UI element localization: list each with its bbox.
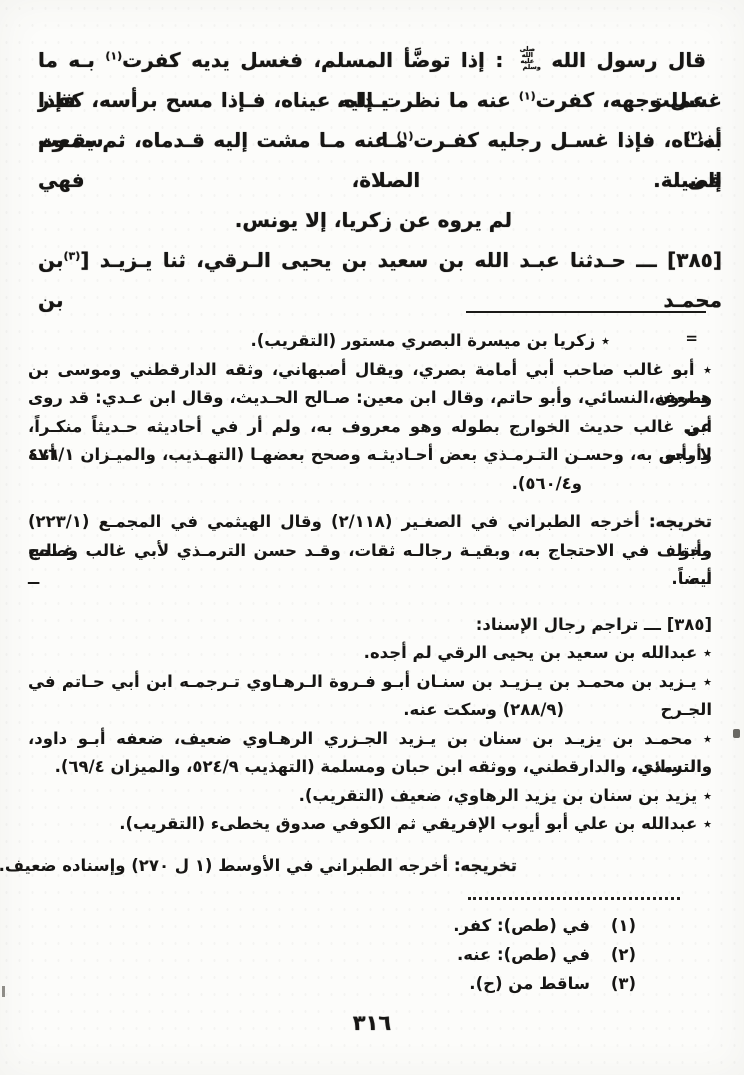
- footnote-ref-marker: (١): [519, 89, 536, 102]
- footnote-ref-marker: (٣): [64, 249, 81, 262]
- narrator-entry-continuation: لا بأس به، وحسـن التـرمـذي بعض أحـاديثـه…: [28, 441, 712, 470]
- narrator-entry-continuation: (٢٨٨/٩) وسكت عنه.: [28, 696, 712, 725]
- text-segment: أخرجه الطبراني في الأوسط (١ ل ٢٧٠) وإسنا…: [0, 856, 448, 875]
- text-segment: مختلف في الاحتجاج به، وبقيـة رجالـه ثقات…: [28, 541, 712, 589]
- text-segment: قال رسول الله: [541, 48, 706, 72]
- takhrij-line: تخريجه: أخرجه الطبراني في الأوسط (١ ل ٢٧…: [28, 852, 712, 881]
- text-segment: تخريجه:: [448, 856, 517, 875]
- isnad-line-385: [٣٨٥] ـــ حـدثنا عبـد الله بن سعيد بن يح…: [38, 240, 722, 280]
- takhrij-line: مختلف في الاحتجاج به، وبقيـة رجالـه ثقات…: [28, 537, 712, 566]
- narrator-entry: ٭ يزيد بن سنان بن يزيد الرهاوي، ضعيف (ال…: [28, 782, 712, 811]
- apparatus-dotted-line: [468, 897, 680, 900]
- matn-line: غسل وجهه، كفرت(١) عنه ما نظرت إليه عيناه…: [38, 80, 722, 120]
- narrator-entry: ٭ زكريا بن ميسرة البصري مستور (التقريب).: [28, 327, 712, 356]
- saw-honorific-symbol: صلى الله عليه وسلم: [514, 46, 541, 70]
- text-segment: غسل وجهه، كفرت: [536, 88, 722, 112]
- note-text: ساقط من (ح).: [469, 969, 590, 998]
- text-segment: [٣٨٥] ـــ حـدثنا عبـد الله بن سعيد بن يح…: [80, 248, 722, 272]
- note-text: في (طص): كفر.: [453, 911, 590, 940]
- footnote-ref-marker: (١): [105, 49, 122, 62]
- scan-artifact: [2, 986, 5, 997]
- tarajim-heading: [٣٨٥] ـــ تراجم رجال الإسناد:: [28, 611, 712, 640]
- narrator-entry-continuation: أبي غالب حديث الخوارج بطوله وهو معروف به…: [28, 413, 712, 442]
- narrator-entry: ٭ يـزيد بن محمـد بن يـزيـد بن سنـان أبـو…: [28, 668, 712, 697]
- narrator-entry: ٭ محمـد بن يزيـد بن سنان بن يـزيد الجـزر…: [28, 725, 712, 754]
- text-segment: فضيلة.: [653, 168, 722, 192]
- note-text: في (طص): عنه.: [457, 940, 590, 969]
- text-segment: تخريجه:: [640, 512, 712, 531]
- narrator-entry: ٭ أبو غالب صاحب أبي أمامة بصري، ويقال أص…: [28, 356, 712, 385]
- note-number: (٢): [590, 940, 636, 969]
- footnote-separator-rule: [466, 311, 706, 313]
- scanned-book-page: قال رسول الله صلى الله عليه وسلم : إذا ت…: [0, 0, 744, 1075]
- matn-line: قال رسول الله صلى الله عليه وسلم : إذا ت…: [38, 40, 722, 80]
- footnotes-block: ٭ زكريا بن ميسرة البصري مستور (التقريب).…: [28, 327, 712, 880]
- apparatus-note: (١) في (طص): كفر.: [60, 911, 636, 940]
- narrator-entry: ٭ عبدالله بن علي أبو أيوب الإفريقي ثم ال…: [28, 810, 712, 839]
- scan-artifact: [733, 729, 740, 738]
- footnote-ref-marker: (١): [397, 129, 414, 142]
- text-segment: أذنـاه، فإذا غسـل رجليه كفـرت: [413, 128, 722, 152]
- matn-line: أذنـاه، فإذا غسـل رجليه كفـرت(١) عنه مـا…: [38, 120, 722, 160]
- apparatus-notes: (١) في (طص): كفر. (٢) في (طص): عنه. (٣) …: [60, 911, 636, 998]
- text-segment: لم يروه عن زكريا، إلا يونس.: [235, 208, 512, 232]
- apparatus-note: (٢) في (طص): عنه.: [60, 940, 636, 969]
- takhrij-line: تخريجه: أخرجه الطبراني في الصغـير (٢/١١٨…: [28, 508, 712, 537]
- apparatus-note: (٣) ساقط من (ح).: [60, 969, 636, 998]
- note-number: (٣): [590, 969, 636, 998]
- narrator-entry-continuation: وضعفه النسائي، وأبو حاتم، وقال ابن معين:…: [28, 384, 712, 413]
- tabarani-comment-line: لم يروه عن زكريا، إلا يونس.: [38, 200, 722, 240]
- hadith-matn-block: قال رسول الله صلى الله عليه وسلم : إذا ت…: [38, 40, 722, 280]
- note-number: (١): [590, 911, 636, 940]
- page-number: ٣١٦: [0, 1011, 744, 1035]
- narrator-entry: ٭ عبدالله بن سعيد بن يحيى الرقي لم أجده.: [28, 639, 712, 668]
- narrator-entry-continuation: و٥٦٠/٤).: [28, 470, 712, 499]
- text-segment: : إذا توضَّأ المسلم، فغسل يديه كفرت: [122, 48, 514, 72]
- text-segment: أيضاً.: [671, 569, 712, 588]
- narrator-entry-continuation: والترمذي، والدارقطني، ووثقه ابن حبان ومس…: [28, 753, 712, 782]
